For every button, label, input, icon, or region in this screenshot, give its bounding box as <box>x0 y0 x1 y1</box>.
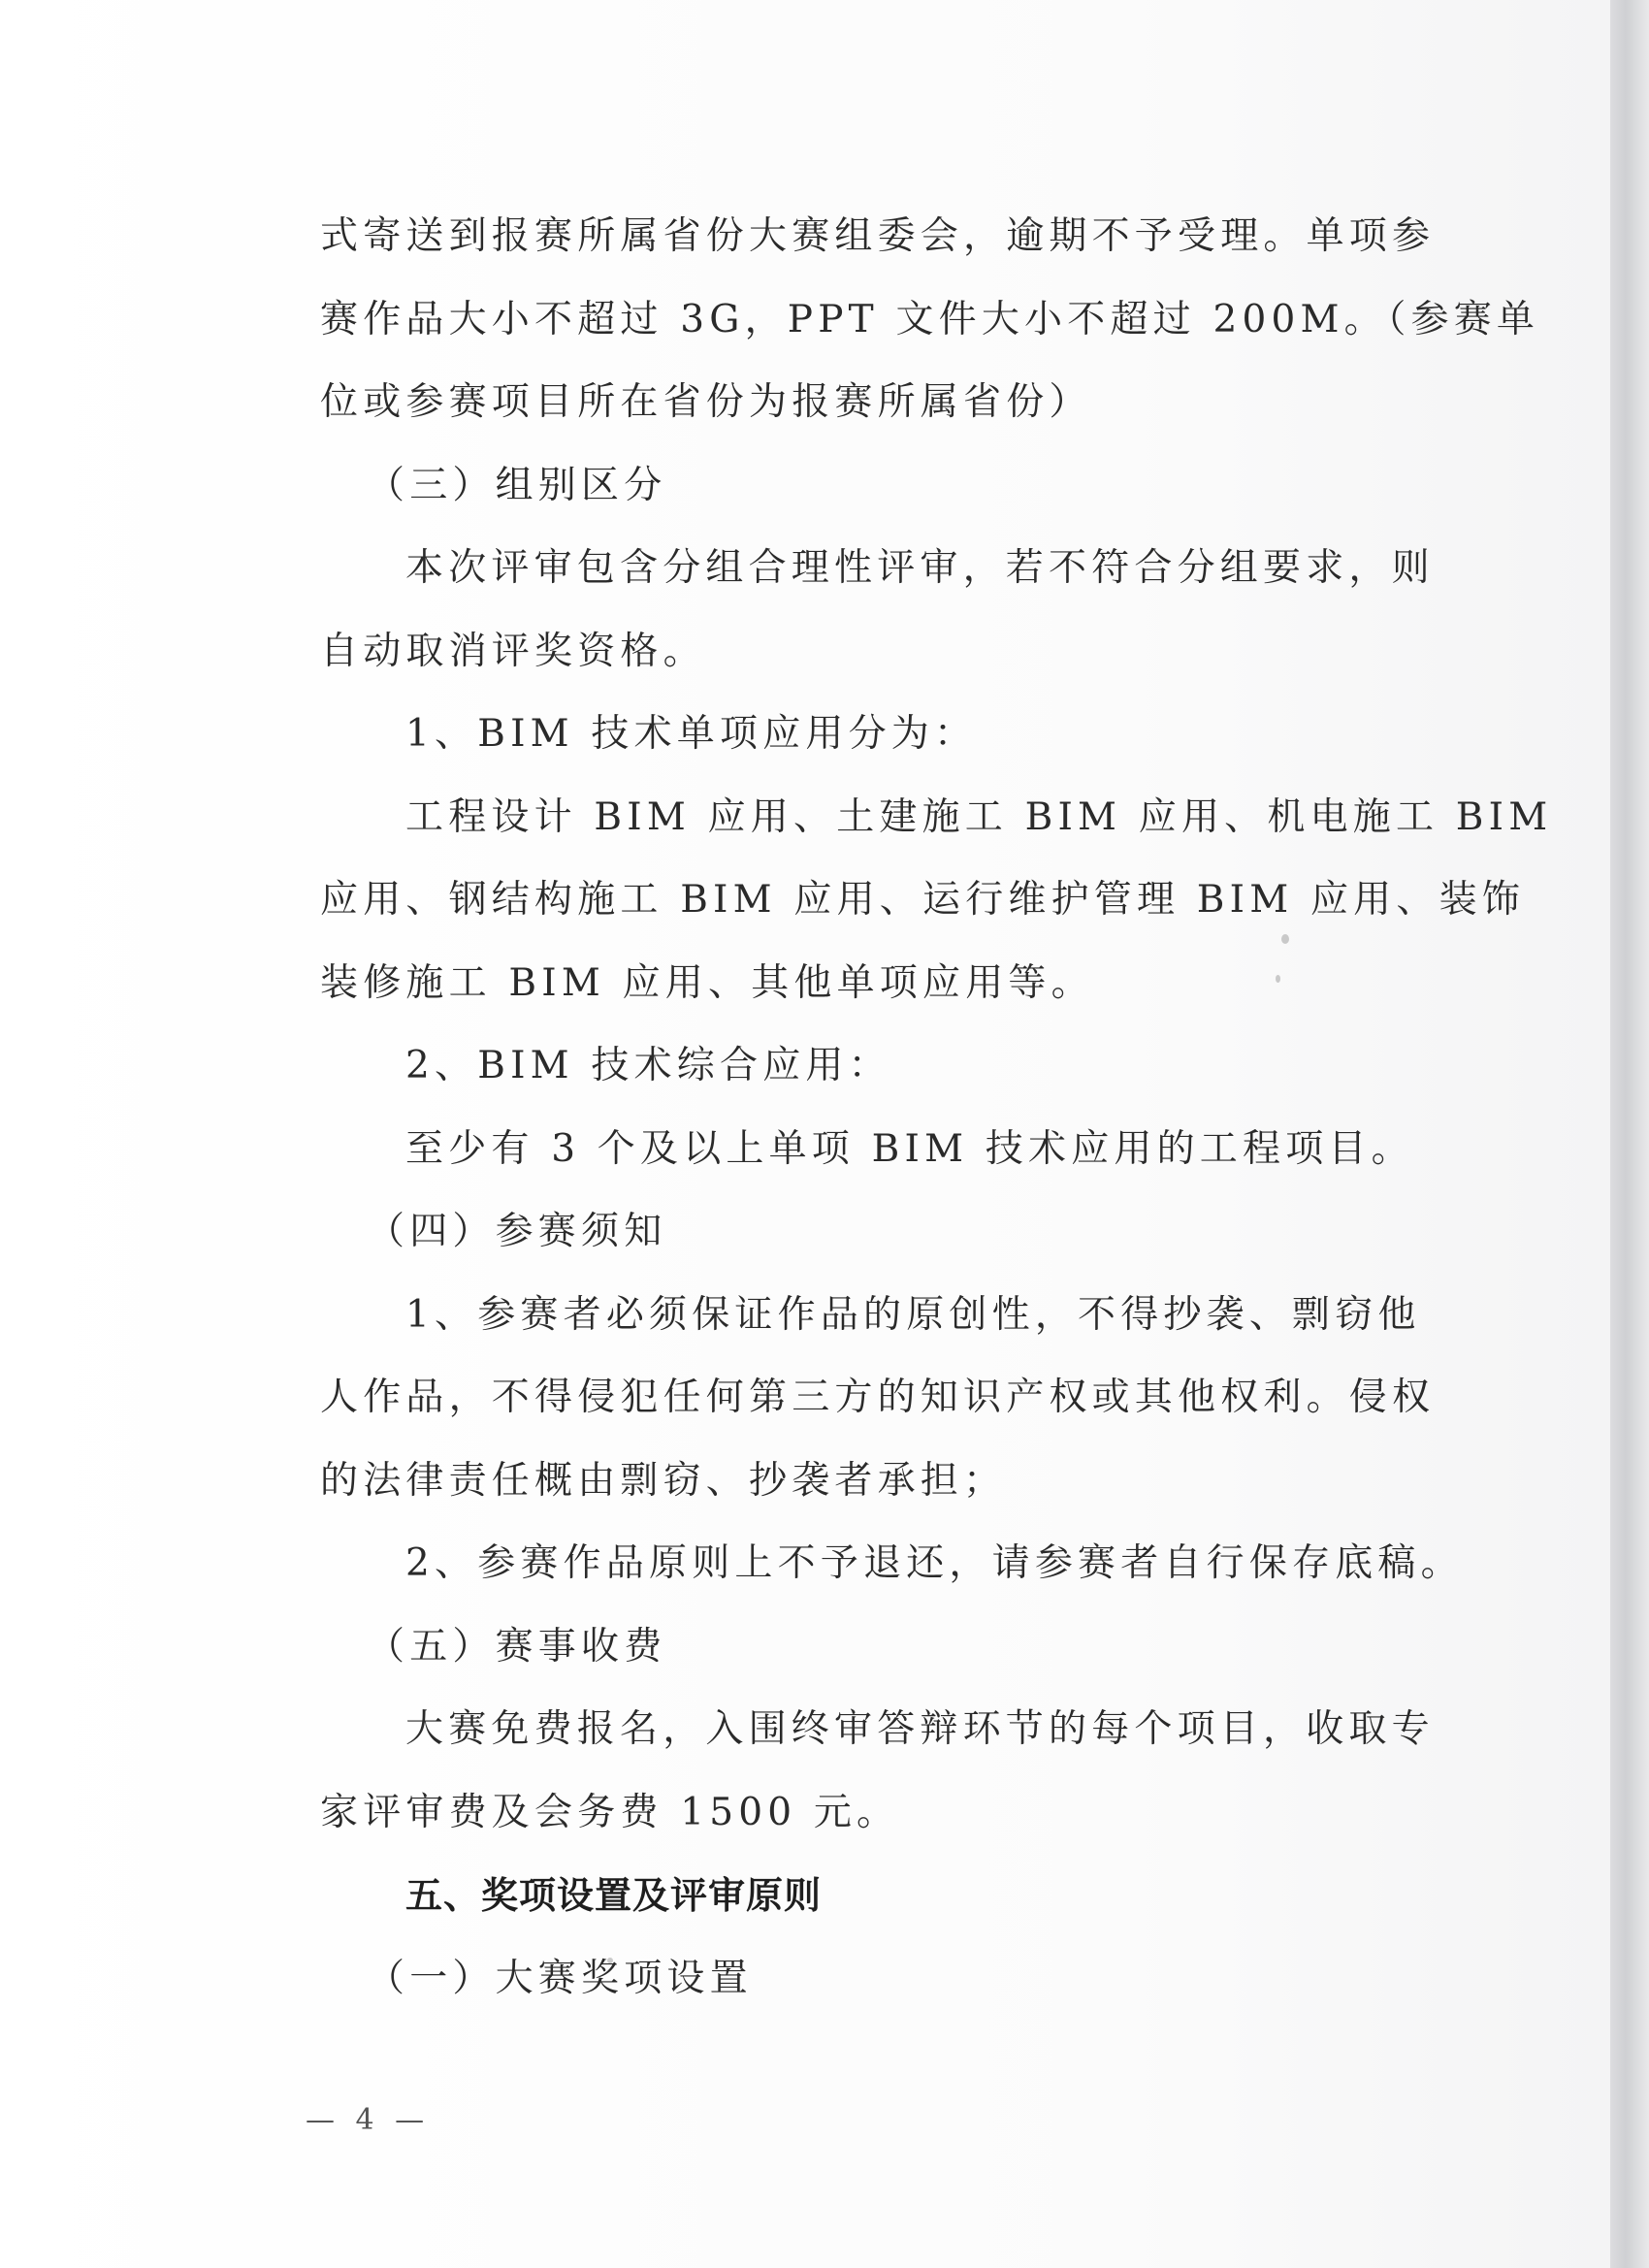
list-item-single-application: 1、BIM 技术单项应用分为： <box>320 703 1450 787</box>
body-line: 家评审费及会务费 1500 元。 <box>320 1782 1450 1865</box>
document-body: 式寄送到报赛所属省份大赛组委会，逾期不予受理。单项参 赛作品大小不超过 3G，P… <box>320 206 1450 2030</box>
paragraph-line: 工程设计 BIM 应用、土建施工 BIM 应用、机电施工 BIM <box>320 787 1450 870</box>
section-heading-awards: 五、奖项设置及评审原则 <box>320 1864 1450 1948</box>
list-item-originality: 1、参赛者必须保证作品的原创性，不得抄袭、剽窃他 <box>320 1284 1450 1368</box>
scan-speck <box>1281 934 1289 944</box>
body-line: 的法律责任概由剽窃、抄袭者承担； <box>320 1450 1450 1534</box>
body-line: 式寄送到报赛所属省份大赛组委会，逾期不予受理。单项参 <box>320 206 1450 289</box>
document-page: 式寄送到报赛所属省份大赛组委会，逾期不予受理。单项参 赛作品大小不超过 3G，P… <box>0 0 1610 2268</box>
paragraph-line: 大赛免费报名，入围终审答辩环节的每个项目，收取专 <box>320 1699 1450 1782</box>
list-item-no-return: 2、参赛作品原则上不予退还，请参赛者自行保存底稿。 <box>320 1533 1450 1616</box>
body-line: 装修施工 BIM 应用、其他单项应用等。 <box>320 953 1450 1036</box>
paragraph-line: 本次评审包含分组合理性评审，若不符合分组要求，则 <box>320 537 1450 621</box>
body-line: 人作品，不得侵犯任何第三方的知识产权或其他权利。侵权 <box>320 1367 1450 1450</box>
list-item-comprehensive-application: 2、BIM 技术综合应用： <box>320 1035 1450 1118</box>
scan-speck <box>607 1958 613 1963</box>
scan-binding-edge <box>1610 0 1649 2268</box>
subheading-participation-notice: （四）参赛须知 <box>320 1201 1450 1284</box>
body-line: 自动取消评奖资格。 <box>320 621 1450 704</box>
body-line: 位或参赛项目所在省份为报赛所属省份） <box>320 372 1450 455</box>
body-line: 赛作品大小不超过 3G，PPT 文件大小不超过 200M。（参赛单 <box>320 289 1450 373</box>
paragraph-line: 至少有 3 个及以上单项 BIM 技术应用的工程项目。 <box>320 1118 1450 1202</box>
subheading-fees: （五）赛事收费 <box>320 1616 1450 1700</box>
subheading-award-settings: （一）大赛奖项设置 <box>320 1948 1450 2031</box>
scan-speck <box>1276 975 1280 983</box>
page-number: — 4 — <box>306 2103 430 2137</box>
subheading-grouping: （三）组别区分 <box>320 455 1450 538</box>
